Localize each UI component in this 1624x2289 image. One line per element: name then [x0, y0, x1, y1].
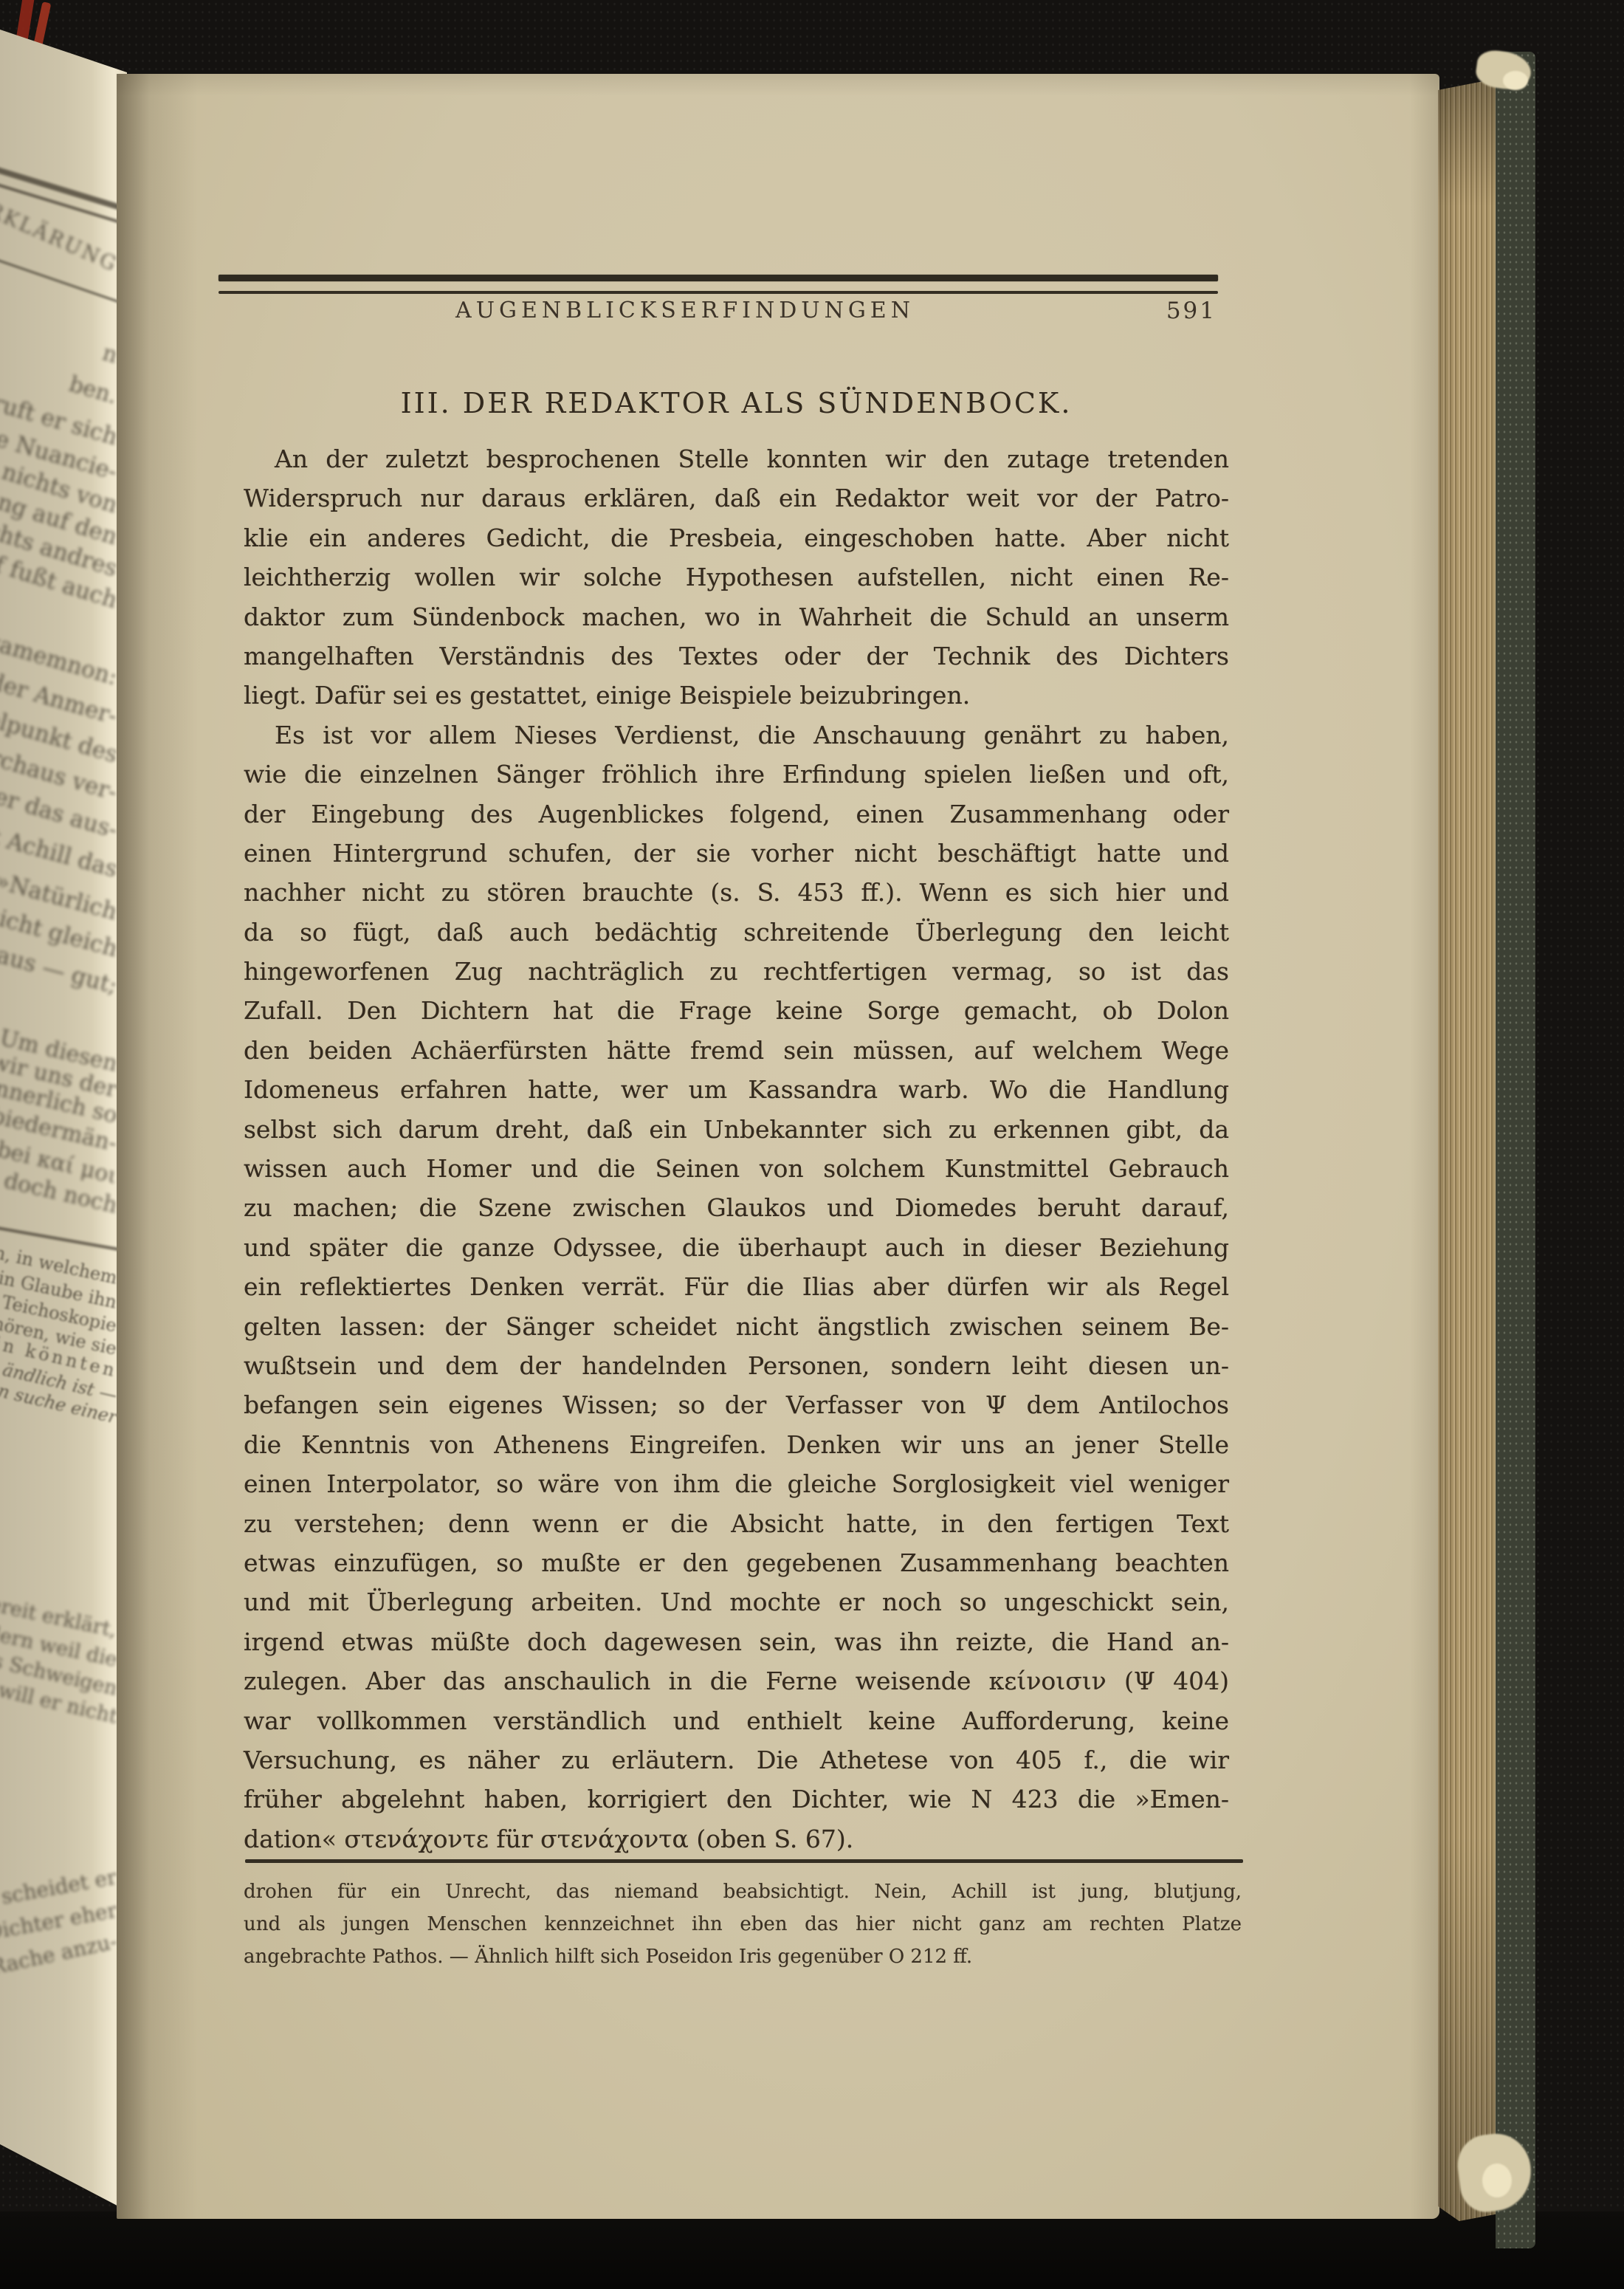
text-line: früher abgelehnt haben, korrigiert den D…: [244, 1780, 1229, 1819]
text-line: An der zuletzt besprochenen Stelle konnt…: [244, 439, 1229, 478]
text-line: wissen auch Homer und die Seinen von sol…: [244, 1149, 1229, 1188]
text-line: gelten lassen: der Sänger scheidet nicht…: [244, 1307, 1229, 1346]
text-line: wie die einzelnen Sänger fröhlich ihre E…: [244, 755, 1229, 794]
text-line: Es ist vor allem Nieses Verdienst, die A…: [244, 715, 1229, 755]
running-title: AUGENBLICKSERFINDUNGEN: [455, 298, 915, 323]
facing-page-edge: E ERKLÄRUNG n ben. dafür beruft er sich …: [0, 0, 127, 2289]
footnote: drohen für ein Unrecht, das niemand beab…: [244, 1876, 1242, 1973]
text-line: daktor zum Sündenbock machen, wo in Wahr…: [244, 597, 1229, 636]
footnote-line: angebrachte Pathos. — Ähnlich hilft sich…: [244, 1940, 1242, 1973]
text-line: den beiden Achäerfürsten hätte fremd sei…: [244, 1031, 1229, 1070]
header-rule-thick: [219, 275, 1218, 281]
text-line: da so fügt, daß auch bedächtig schreiten…: [244, 913, 1229, 952]
text-line: zulegen. Aber das anschaulich in die Fer…: [244, 1661, 1229, 1701]
text-line: die Kenntnis von Athenens Eingreifen. De…: [244, 1425, 1229, 1464]
header-rule-block: [219, 275, 1218, 294]
header-rule-thin: [219, 291, 1218, 294]
left-page-text-fragment: ben.: [66, 371, 120, 410]
text-line: wußtsein und dem der handelnden Personen…: [244, 1346, 1229, 1385]
text-line: liegt. Dafür sei es gestattet, einige Be…: [244, 676, 1229, 715]
text-line: einen Interpolator, so wäre von ihm die …: [244, 1464, 1229, 1503]
text-line: zu machen; die Szene zwischen Glaukos un…: [244, 1188, 1229, 1227]
text-line: Versuchung, es näher zu erläutern. Die A…: [244, 1740, 1229, 1780]
text-line: hingeworfenen Zug nachträglich zu rechtf…: [244, 952, 1229, 991]
section-title: III. DER REDAKTOR ALS SÜNDENBOCK.: [244, 387, 1229, 419]
page-number: 591: [1166, 298, 1217, 324]
text-line: befangen sein eigenes Wissen; so der Ver…: [244, 1385, 1229, 1424]
text-line: einen Hintergrund schufen, der sie vorhe…: [244, 834, 1229, 873]
text-line: zu verstehen; denn wenn er die Absicht h…: [244, 1504, 1229, 1543]
footnote-line: drohen für ein Unrecht, das niemand beab…: [244, 1876, 1242, 1908]
text-line: etwas einzufügen, so mußte er den gegebe…: [244, 1543, 1229, 1582]
facing-page-running-title-fragment: E ERKLÄRUNG: [0, 182, 121, 277]
text-line: Idomeneus erfahren hatte, wer um Kassand…: [244, 1070, 1229, 1109]
text-line: Widerspruch nur daraus erklären, daß ein…: [244, 478, 1229, 518]
text-line: mangelhaften Verständnis des Textes oder…: [244, 636, 1229, 676]
footnote-line: und als jungen Menschen kennzeichnet ihn…: [244, 1908, 1242, 1940]
text-line: ein reflektiertes Denken verrät. Für die…: [244, 1267, 1229, 1306]
text-line: irgend etwas müßte doch dagewesen sein, …: [244, 1622, 1229, 1661]
text-line: und mit Überlegung arbeiten. Und mochte …: [244, 1582, 1229, 1621]
text-line: war vollkommen verständlich und enthielt…: [244, 1701, 1229, 1740]
page-header: AUGENBLICKSERFINDUNGEN 591: [219, 298, 1218, 332]
text-line: Zufall. Den Dichtern hat die Frage keine…: [244, 991, 1229, 1030]
bottom-shadow: [0, 2211, 1624, 2289]
fore-edge-page-stack: [1438, 78, 1499, 2221]
footnote-rule: [245, 1859, 1243, 1863]
book-cover-cloth: [1496, 52, 1535, 2248]
worn-cover-corner-bottom-highlight: [1482, 2163, 1512, 2197]
text-line: klie ein anderes Gedicht, die Presbeia, …: [244, 518, 1229, 557]
text-line: leichtherzig wollen wir solche Hypothese…: [244, 557, 1229, 597]
book-page: AUGENBLICKSERFINDUNGEN 591 III. DER REDA…: [117, 74, 1439, 2219]
text-line: selbst sich darum dreht, daß ein Unbekan…: [244, 1110, 1229, 1149]
text-line: nachher nicht zu stören brauchte (s. S. …: [244, 873, 1229, 912]
body-text: An der zuletzt besprochenen Stelle konnt…: [244, 439, 1229, 1859]
text-line: der Eingebung des Augenblickes folgend, …: [244, 795, 1229, 834]
text-line: dation« στενάχοντε für στενάχοντα (oben …: [244, 1819, 1229, 1859]
worn-cover-corner-top-highlight: [1503, 71, 1528, 90]
text-line: und später die ganze Odyssee, die überha…: [244, 1228, 1229, 1267]
